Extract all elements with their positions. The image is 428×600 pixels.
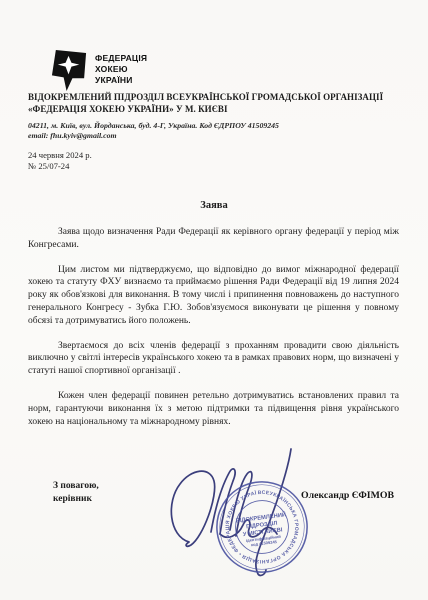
closing-block: З повагою, керівник bbox=[53, 480, 99, 506]
scanned-letter-page: ФЕДЕРАЦІЯ ХОКЕЮ УКРАЇНИ ВІДОКРЕМЛЕНИЙ ПІ… bbox=[0, 0, 428, 600]
organization-name: ВІДОКРЕМЛЕНИЙ ПІДРОЗДІЛ ВСЕУКРАЇНСЬКОЇ Г… bbox=[28, 91, 383, 115]
logo-wordmark-line2: ХОКЕЮ bbox=[95, 64, 147, 75]
organization-name-line1: ВІДОКРЕМЛЕНИЙ ПІДРОЗДІЛ ВСЕУКРАЇНСЬКОЇ Г… bbox=[28, 91, 383, 103]
letterhead-logo: ФЕДЕРАЦІЯ ХОКЕЮ УКРАЇНИ bbox=[50, 48, 147, 93]
closing-line2: керівник bbox=[53, 493, 99, 506]
paragraph-1: Заява щодо визначення Ради Федерації як … bbox=[28, 226, 399, 252]
fhu-logo-icon bbox=[50, 48, 89, 93]
address-block: 04211, м. Київ, вул. Йорданська, буд. 4-… bbox=[28, 121, 279, 141]
document-date: 24 червня 2024 р. bbox=[28, 150, 92, 161]
paragraph-4: Кожен член федерації повинен ретельно до… bbox=[28, 390, 399, 428]
round-stamp-icon: ВСЕУКРАЇНСЬКА ГРОМАДСЬКА ОРГАНІЗАЦІЯ • Ф… bbox=[209, 474, 316, 581]
email-line: email: fhu.kyiv@gmail.com bbox=[28, 131, 279, 141]
document-body: Заява щодо визначення Ради Федерації як … bbox=[28, 226, 399, 440]
signer-name: Олександр ЄФІМОВ bbox=[301, 490, 394, 501]
closing-line1: З повагою, bbox=[53, 480, 99, 493]
organization-name-line2: «ФЕДЕРАЦІЯ ХОКЕЮ УКРАЇНИ» У М. КИЄВІ bbox=[28, 103, 383, 115]
document-title: Заява bbox=[0, 200, 428, 211]
document-number: № 25/07-24 bbox=[28, 161, 92, 172]
paragraph-2: Цим листом ми підтверджуємо, що відповід… bbox=[28, 264, 399, 328]
logo-wordmark-line3: УКРАЇНИ bbox=[95, 75, 147, 86]
document-meta: 24 червня 2024 р. № 25/07-24 bbox=[28, 150, 92, 172]
logo-wordmark-line1: ФЕДЕРАЦІЯ bbox=[95, 53, 147, 64]
address-line: 04211, м. Київ, вул. Йорданська, буд. 4-… bbox=[28, 121, 279, 131]
paragraph-3: Звертаємося до всіх членів федерації з п… bbox=[28, 340, 399, 378]
logo-wordmark: ФЕДЕРАЦІЯ ХОКЕЮ УКРАЇНИ bbox=[95, 48, 147, 93]
